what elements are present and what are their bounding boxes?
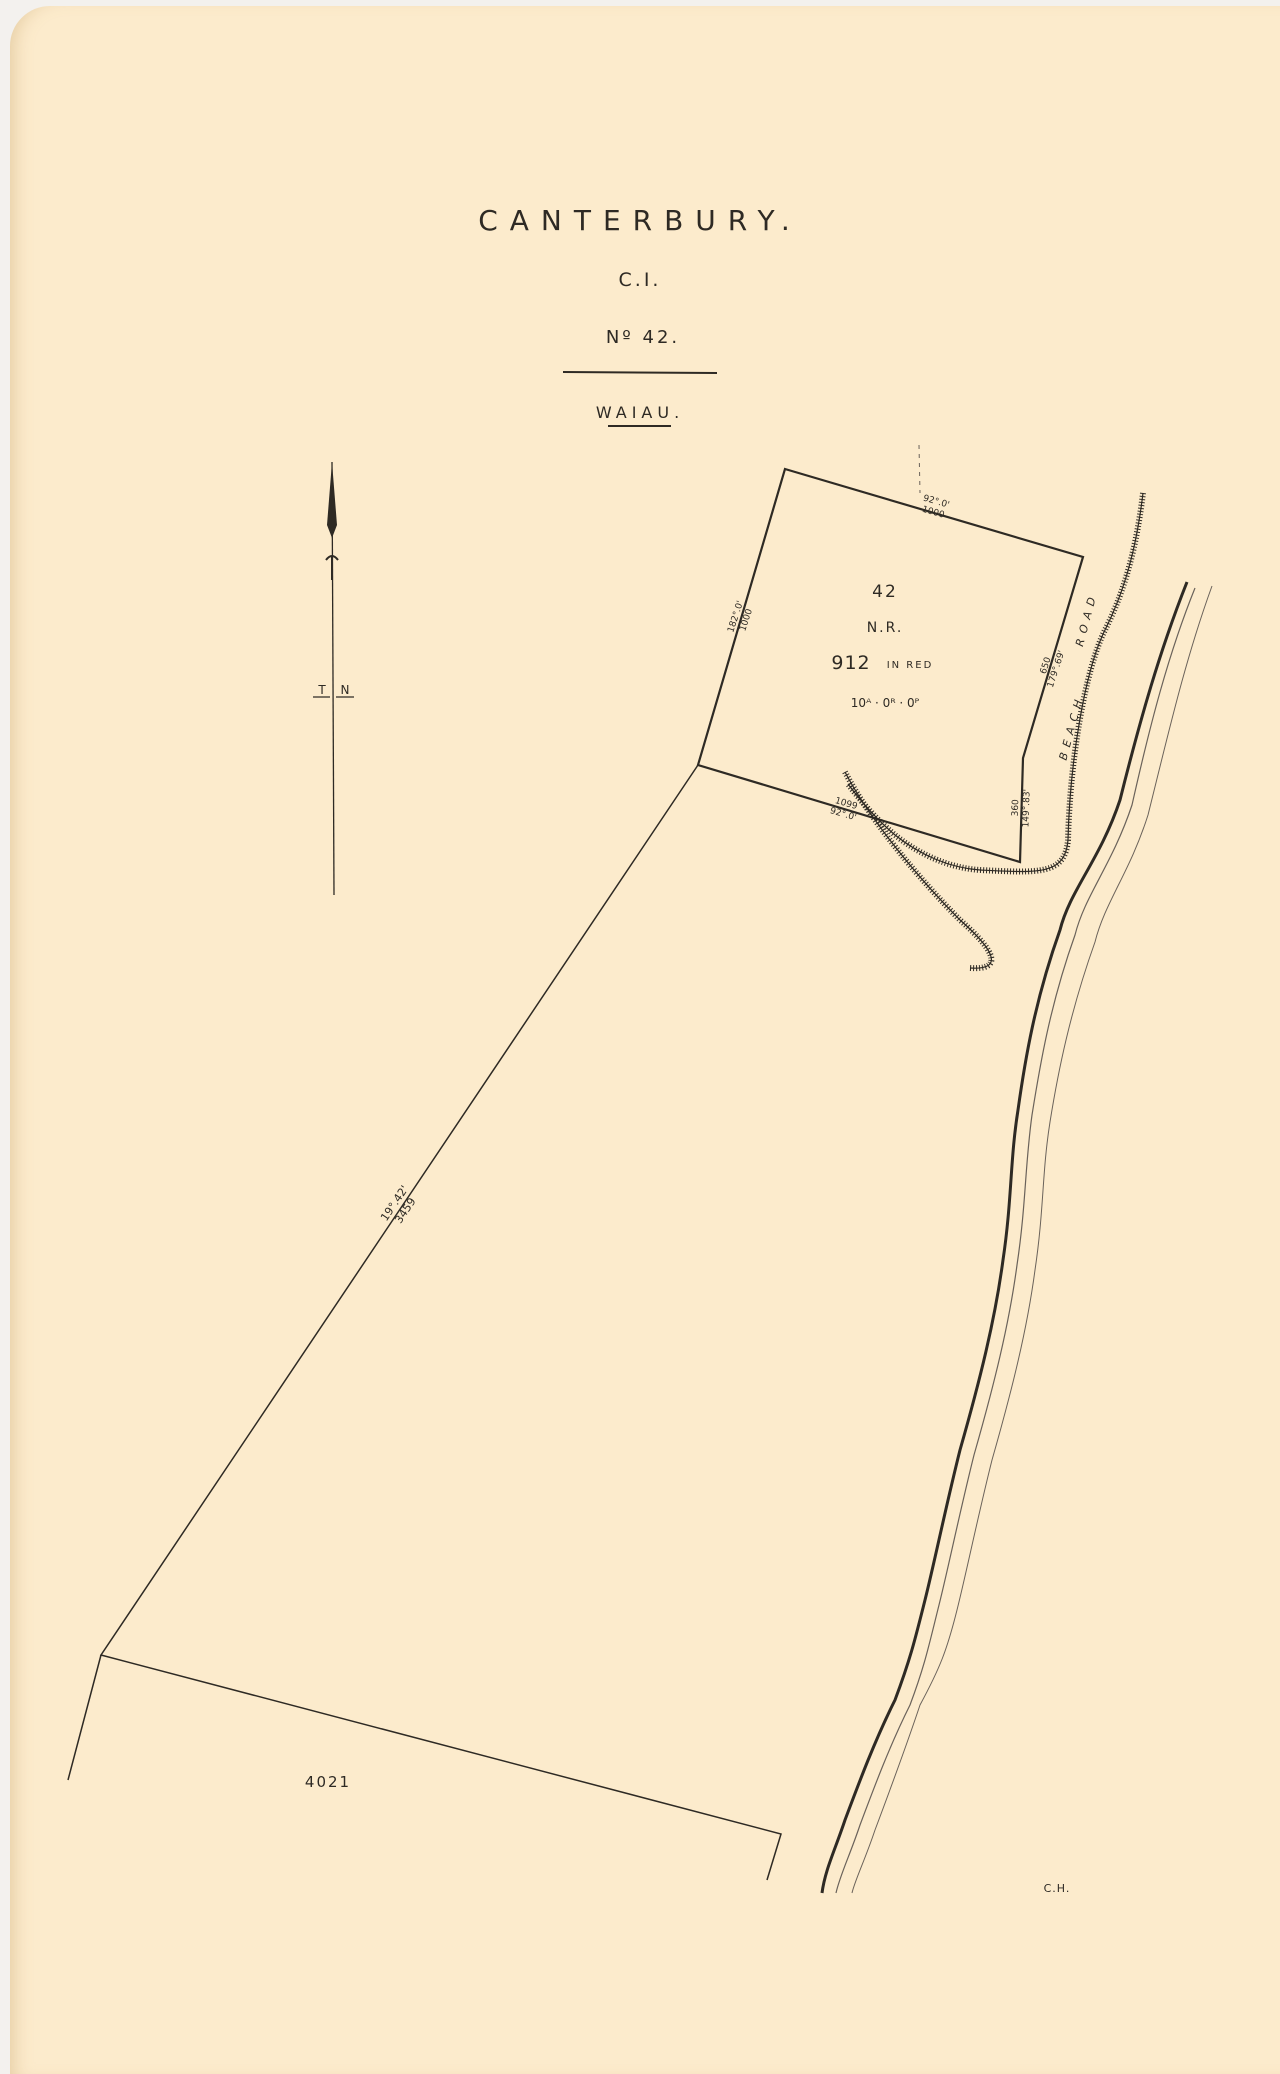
road-label-beach: BEACH <box>1057 693 1087 762</box>
east-lower-bearing: 149°.83' <box>1021 789 1032 828</box>
lot-class: N.R. <box>867 620 904 636</box>
neighbour-lot-number: 4021 <box>305 1773 351 1791</box>
river-banks <box>822 582 1212 1893</box>
east-lower-length: 360 <box>1011 799 1022 817</box>
title-number: Nº 42. <box>606 327 680 348</box>
beach-road-line <box>845 493 1143 968</box>
title-series: C.I. <box>619 269 662 291</box>
title-region: CANTERBURY. <box>478 204 802 237</box>
lot-red-number: 912 <box>831 652 870 674</box>
title-rule <box>563 372 717 373</box>
lot-number: 42 <box>872 582 898 602</box>
north-label-t: T <box>317 683 326 697</box>
north-arrow-icon <box>313 462 354 895</box>
block-4021-boundary <box>101 765 781 1880</box>
north-label-n: N <box>341 683 350 697</box>
draughtsman-initials: C.H. <box>1044 1882 1071 1895</box>
lot-red-note: IN RED <box>887 660 934 671</box>
lot-area: 10ᴬ · 0ᴿ · 0ᴾ <box>851 696 920 710</box>
title-district: WAIAU. <box>596 403 684 422</box>
road-label-road: ROAD <box>1073 590 1100 648</box>
survey-map: CANTERBURY. C.I. Nº 42. WAIAU. T N 42 N.… <box>0 0 1280 2074</box>
